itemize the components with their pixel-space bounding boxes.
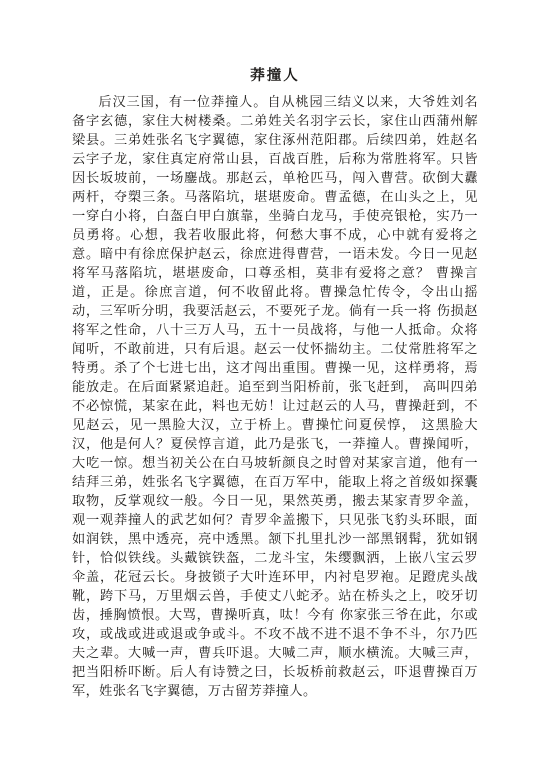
page-title: 莽撞人 [72,66,478,85]
document-page: 莽撞人 后汉三国，有一位莽撞人。自从桃园三结义以来，大爷姓刘名备字玄德，家住大树… [0,0,550,777]
text-block: 莽撞人 后汉三国，有一位莽撞人。自从桃园三结义以来，大爷姓刘名备字玄德，家住大树… [72,66,478,701]
body-paragraph: 后汉三国，有一位莽撞人。自从桃园三结义以来，大爷姓刘名备字玄德，家住大树楼桑。二… [72,93,478,701]
